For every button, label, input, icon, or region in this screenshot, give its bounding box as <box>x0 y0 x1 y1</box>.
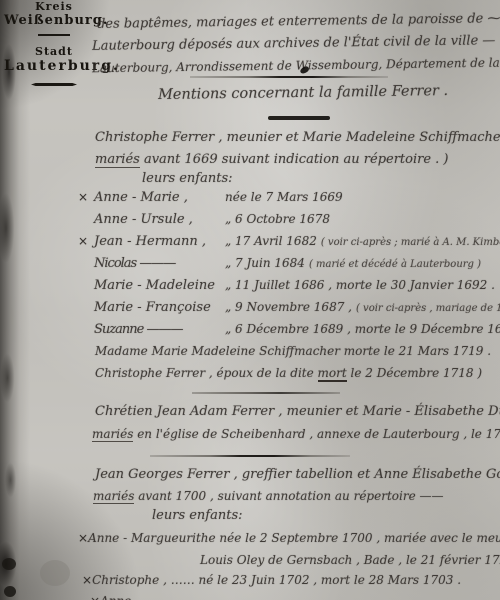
municipal-stamp: Kreis Weißenburg. Stadt Lauterburg. <box>4 0 104 86</box>
family2-line2-rest: en l'église de Scheibenhard , annexe de … <box>133 427 500 441</box>
header-line-1: des baptêmes, mariages et enterrements d… <box>97 11 500 32</box>
child-date: „ 7 Juin 1684 <box>225 256 305 270</box>
child-note: ( voir ci-après , mariage de 1706 ) <box>356 303 500 314</box>
family1-intro-line2: mariés avant 1669 suivant indication au … <box>95 152 449 167</box>
child-date: née le 7 Mars 1669 <box>225 190 343 204</box>
cross-marker: × <box>78 531 88 545</box>
header-line-2: Lauterbourg déposés aux archives de l'Ét… <box>92 33 496 54</box>
family1-children-label: leurs enfants: <box>142 171 233 186</box>
stain <box>2 558 16 570</box>
section-rule-1 <box>192 392 340 394</box>
stamp-weissenburg: Weißenburg. <box>4 13 104 28</box>
child-row: Anne - Ursule ,„ 6 Octobre 1678 <box>78 212 500 234</box>
stamp-kreis: Kreis <box>4 0 104 13</box>
family3-children-label: leurs enfants: <box>152 508 243 523</box>
death-line2-rest: le 2 Décembre 1718 ) <box>347 366 482 380</box>
cross-marker: × <box>82 573 92 587</box>
family3-child2: ×Christophe , …… né le 23 Juin 1702 , mo… <box>82 573 461 587</box>
child-row: Marie - Madeleine„ 11 Juillet 1686 , mor… <box>78 278 500 300</box>
death-line2-pre: Christophe Ferrer , époux de la dite <box>95 366 318 380</box>
child-text: Anne - Margueurithe née le 2 Septembre 1… <box>88 531 500 545</box>
child-row: ×Jean - Hermann ,„ 17 Avril 1682( voir c… <box>78 234 500 256</box>
child-row: Suzanne ———„ 6 Décembre 1689 , morte le … <box>78 322 500 344</box>
child-note: ( marié et décédé à Lauterbourg ) <box>309 259 481 270</box>
underlined-word-mort: mort <box>318 366 347 382</box>
family1-death-line2: Christophe Ferrer , époux de la dite mor… <box>95 366 482 380</box>
page-title: Mentions concernant la famille Ferrer . <box>158 83 448 103</box>
child-date: „ 6 Octobre 1678 <box>225 212 330 226</box>
family3-intro-line1: Jean Georges Ferrer , greffier tabellion… <box>95 467 500 482</box>
underlined-word-maries2: mariés <box>92 427 133 442</box>
child-date: „ 6 Décembre 1689 , morte le 9 Décembre … <box>225 322 500 336</box>
child-row: Marie - Françoise„ 9 Novembre 1687 ,( vo… <box>78 300 500 322</box>
child-date: „ 9 Novembre 1687 , <box>225 300 352 314</box>
stamp-divider <box>38 34 70 36</box>
header-rule <box>190 76 388 78</box>
stamp-stadt: Stadt <box>4 45 104 58</box>
family3-intro-line2-rest: avant 1700 , suivant annotation au réper… <box>134 489 443 503</box>
stamp-ornament-rule <box>31 83 77 86</box>
stamp-lauterburg: Lauterburg. <box>4 58 104 74</box>
family1-death-line1: Madame Marie Madeleine Schiffmacher mort… <box>95 344 491 358</box>
child-name: Nicolas ——— <box>94 256 225 271</box>
child-text: Christophe , …… né le 23 Juin 1702 , mor… <box>92 573 461 587</box>
child-note: ( voir ci-après ; marié à A. M. Kimbel ) <box>321 237 500 248</box>
stain <box>4 586 16 597</box>
family3-child1: ×Anne - Margueurithe née le 2 Septembre … <box>78 531 500 545</box>
header-line-3: Lauterbourg, Arrondissement de Wissembou… <box>92 55 500 76</box>
child-date: „ 17 Avril 1682 <box>225 234 317 248</box>
family3-child1-continuation: Louis Oley de Gernsbach , Bade , le 21 f… <box>200 553 500 567</box>
cross-marker: × <box>78 234 94 248</box>
family1-intro-line1: Christophe Ferrer , meunier et Marie Mad… <box>95 130 500 145</box>
page-binding-edge <box>0 0 30 600</box>
cross-marker: × <box>78 190 94 204</box>
child-name: Marie - Madeleine <box>94 278 225 293</box>
family1-intro-line2-rest: avant 1669 suivant indication au réperto… <box>140 152 449 167</box>
underlined-word-maries3: mariés <box>93 489 134 504</box>
family2-line2: mariés en l'église de Scheibenhard , ann… <box>92 427 500 441</box>
child-row: Nicolas ———„ 7 Juin 1684( marié et décéd… <box>78 256 500 278</box>
child-row: ×Anne - Marie ,née le 7 Mars 1669 <box>78 190 500 212</box>
family2-line1: Chrétien Jean Adam Ferrer , meunier et M… <box>95 404 500 419</box>
child-text: Anne - ……… <box>100 594 179 600</box>
title-rule <box>268 116 330 120</box>
child-name: Anne - Ursule , <box>94 212 225 227</box>
child-name: Jean - Hermann , <box>94 234 225 249</box>
cross-marker: × <box>90 594 100 600</box>
section-rule-2 <box>150 455 350 457</box>
child-date: „ 11 Juillet 1686 , morte le 30 Janvier … <box>225 278 495 292</box>
child-name: Suzanne ——— <box>94 322 225 337</box>
family3-child3-cutoff: ×Anne - ……… <box>90 594 179 600</box>
family3-intro-line2: mariés avant 1700 , suivant annotation a… <box>93 489 443 503</box>
stain <box>40 560 70 586</box>
family1-children-list: ×Anne - Marie ,née le 7 Mars 1669 Anne -… <box>78 190 500 344</box>
child-name: Marie - Françoise <box>94 300 225 315</box>
scanned-register-page: Kreis Weißenburg. Stadt Lauterburg. des … <box>0 0 500 600</box>
underlined-word-maries: mariés <box>95 152 140 168</box>
child-name: Anne - Marie , <box>94 190 225 205</box>
